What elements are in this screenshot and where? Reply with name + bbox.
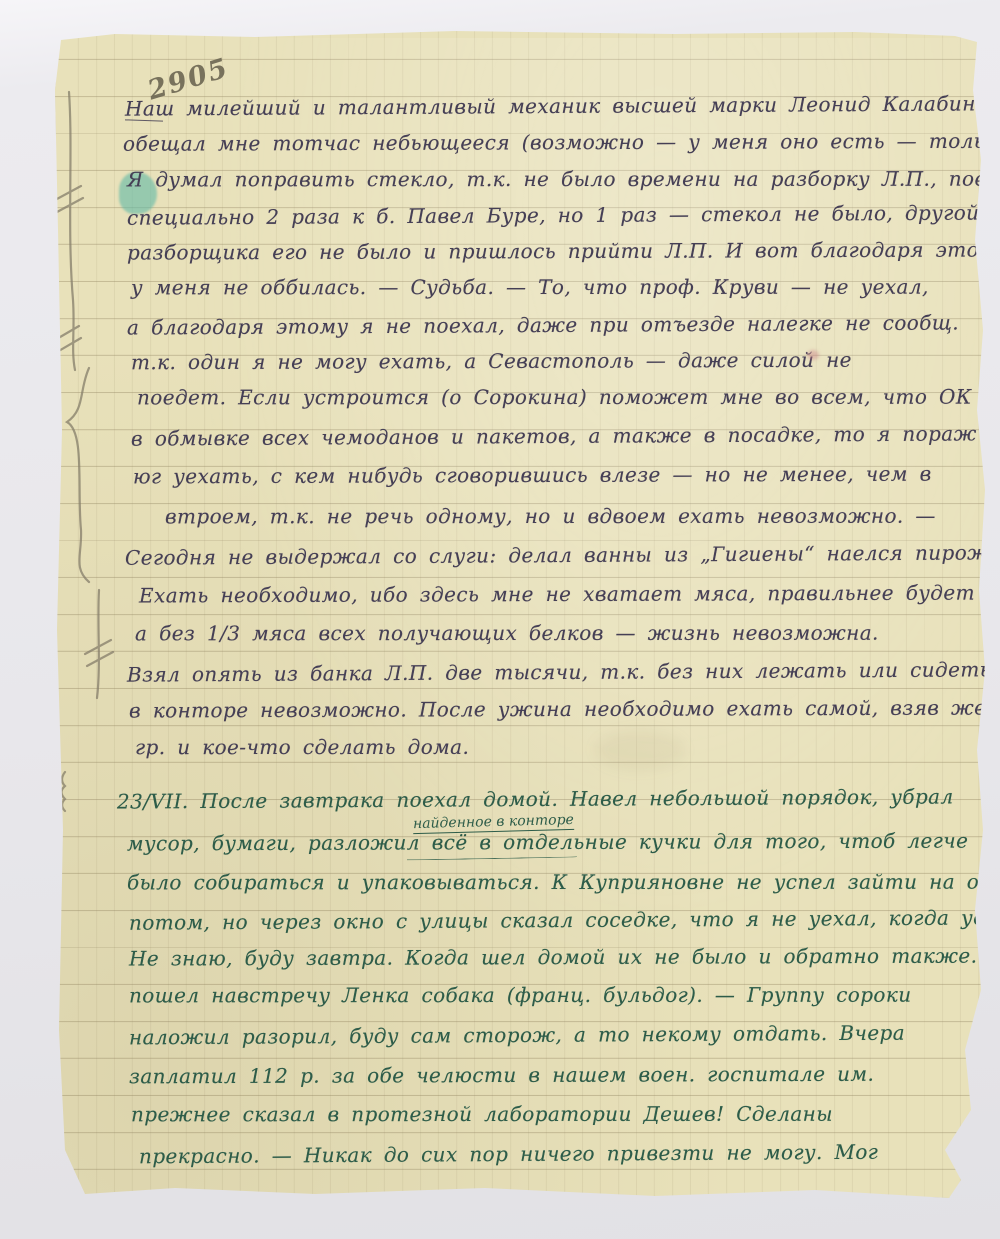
manuscript-line: заплатил 112 р. за обе челюсти в нашем в… xyxy=(129,1062,874,1089)
manuscript-line: Ехать необходимо, ибо здесь мне не хвата… xyxy=(139,581,975,608)
manuscript-line: а без 1/3 мяса всех получающих белков — … xyxy=(135,621,879,646)
manuscript-line: в конторе невозможно. После ужина необхо… xyxy=(129,696,986,723)
manuscript-line: обещал мне тотчас небьющееся (возможно —… xyxy=(123,128,1000,156)
manuscript-line: прежнее сказал в протезной лаборатории Д… xyxy=(131,1102,833,1127)
paper-sheet: 2905 Наш милейший и талантливый механик … xyxy=(55,30,987,1198)
manuscript-line: Я думал поправить стекло, т.к. не было в… xyxy=(127,167,1000,192)
pencil-curly-brace xyxy=(67,368,89,582)
manuscript-line: разборщика его не было и пришлось прийти… xyxy=(127,237,1000,264)
manuscript-line: поедет. Если устроится (о Сорокина) помо… xyxy=(137,385,972,410)
manuscript-line: Не знаю, буду завтра. Когда шел домой их… xyxy=(129,943,1000,970)
manuscript-line: гр. и кое-что сделать дома. xyxy=(135,735,469,759)
manuscript-line: пошел навстречу Ленка собака (франц. бул… xyxy=(129,983,912,1008)
pencil-vertical-line xyxy=(69,92,75,370)
pencil-squiggle xyxy=(62,772,66,811)
pencil-vertical-line xyxy=(97,590,99,698)
underline-mark xyxy=(125,119,163,121)
manuscript-line: юг уехать, с кем нибудь сговорившись вле… xyxy=(133,462,932,489)
manuscript-line: у меня не оббилась. — Судьба. — То, что … xyxy=(131,275,929,300)
scan-background: { "colors": { "background": "#e8e7eb", "… xyxy=(0,0,1000,1239)
manuscript-line: втроем, т.к. не речь одному, но и вдвоем… xyxy=(165,504,936,529)
pencil-double-tick xyxy=(85,640,113,666)
paper-stain xyxy=(595,730,685,770)
manuscript-line: потом, но через окно с улицы сказал сосе… xyxy=(129,905,1000,934)
paper-stain xyxy=(807,350,819,360)
underline-mark-green xyxy=(407,857,577,861)
pencil-double-tick xyxy=(55,326,81,352)
manuscript-line: т.к. один я не могу ехать, а Севастополь… xyxy=(131,348,852,375)
manuscript-line: было собираться и упаковываться. К Купри… xyxy=(127,870,1000,895)
manuscript-line: Взял опять из банка Л.П. две тысячи, т.к… xyxy=(127,657,991,686)
manuscript-line: Сегодня не выдержал со слуги: делал ванн… xyxy=(125,540,1000,569)
manuscript-line: наложил разорил, буду сам сторож, а то н… xyxy=(129,1021,905,1050)
manuscript-line: в обмывке всех чемоданов и пакетов, а та… xyxy=(131,421,977,450)
manuscript-line: мусор, бумаги, разложил всё в отдельные … xyxy=(127,829,968,856)
manuscript-line: специально 2 раза к б. Павел Буре, но 1 … xyxy=(127,200,1000,230)
manuscript-line: прекрасно. — Никак до сих пор ничего при… xyxy=(139,1140,878,1169)
manuscript-line: Наш милейший и талантливый механик высше… xyxy=(125,91,976,120)
manuscript-line: 23/VII. После завтрака поехал домой. Нав… xyxy=(117,784,954,813)
manuscript-line: а благодаря этому я не поехал, даже при … xyxy=(127,310,959,339)
pencil-double-tick xyxy=(55,186,83,212)
